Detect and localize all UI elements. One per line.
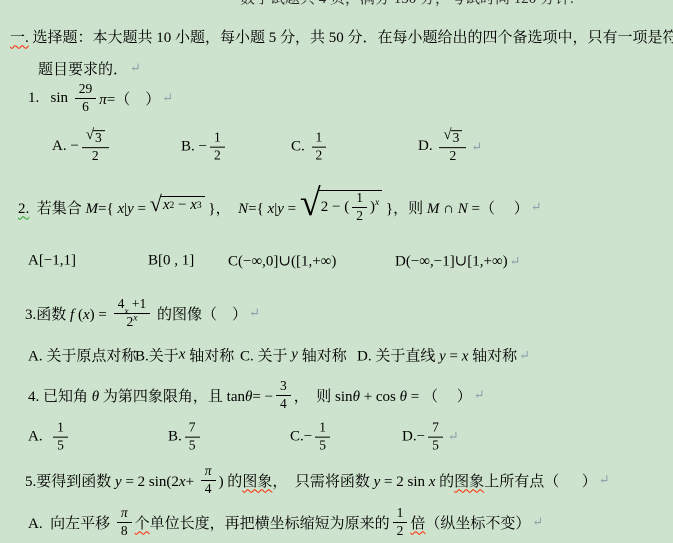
option-label: A. bbox=[28, 429, 50, 446]
option-b: B. − 1 2 bbox=[181, 131, 228, 164]
text-run: 个单位长度，再把横坐标缩短为原来的 bbox=[135, 512, 390, 533]
paragraph-mark-icon: ↵ bbox=[531, 199, 542, 215]
fraction-numerator: 1 bbox=[352, 191, 367, 208]
minus-sign: − bbox=[417, 429, 425, 446]
question-5: 5.要得到函数 y = 2 sin(2x+ π 4 ) 的图象， 只需将函数 y… bbox=[25, 460, 610, 500]
square-root: √ x2 − x3 bbox=[150, 196, 205, 218]
top-clipped-text: 数学试题共 4 页，满分 150 分，考试时间 120 分钟. bbox=[240, 0, 574, 8]
fraction-numerator: 7 bbox=[428, 421, 443, 438]
fraction: √ 3 2 bbox=[82, 130, 109, 164]
option-label: B. bbox=[181, 139, 199, 156]
paragraph-mark-icon: ↵ bbox=[448, 429, 459, 445]
text-run: 倍（纵坐标不变） bbox=[410, 512, 530, 533]
section-header-text2: 题目要求的． bbox=[38, 58, 128, 79]
text-run: 1. sin bbox=[28, 90, 72, 107]
text-run: )x bbox=[370, 199, 379, 216]
text-run: 2 − ( bbox=[321, 199, 349, 216]
fraction-numerator: 29 bbox=[75, 82, 97, 99]
fraction-numerator: 1 bbox=[312, 131, 327, 148]
minus-sign: − bbox=[304, 429, 312, 446]
option-c: C. 关于 y 轴对称 bbox=[240, 345, 347, 366]
fraction-denominator: 5 bbox=[432, 438, 439, 454]
fraction-denominator: 5 bbox=[189, 438, 196, 454]
fraction-numerator: 1 bbox=[393, 506, 408, 523]
section-header-line2: 题目要求的． ↵ bbox=[38, 58, 141, 78]
option-a: A[−1,1] bbox=[28, 253, 76, 270]
fraction: 1 2 bbox=[393, 506, 408, 539]
square-root: √ 3 bbox=[86, 130, 105, 146]
fraction: √ 3 2 bbox=[439, 130, 466, 164]
option-c: C(−∞,0]∪([1,+∞) bbox=[228, 252, 336, 271]
question-2: 2. 若集合 M={ x|y = √ x2 − x3 }， N={ x|y = … bbox=[18, 183, 542, 231]
text-run: 的图像（ ） bbox=[153, 303, 247, 324]
minus-sign: − bbox=[70, 139, 78, 156]
fraction-numerator: π bbox=[117, 506, 132, 523]
question-1-options: A. − √ 3 2 B. − 1 2 C. bbox=[0, 124, 673, 170]
option-label: C. bbox=[291, 139, 309, 156]
fraction: 1 2 bbox=[210, 131, 225, 164]
option-a: A. 关于原点对称 bbox=[28, 345, 136, 366]
square-root: √ 3 bbox=[443, 130, 462, 146]
radical-icon: √ bbox=[86, 128, 94, 143]
radicand: 3 bbox=[451, 130, 463, 146]
question-5-option-a: A. 向左平移 π 8 个单位长度，再把横坐标缩短为原来的 1 2 倍（纵坐标不… bbox=[28, 503, 543, 541]
fraction: 1 5 bbox=[53, 421, 68, 454]
fraction-numerator: π bbox=[201, 464, 216, 481]
option-b: B.关于x 轴对称 bbox=[135, 345, 234, 366]
fraction-denominator: 4 bbox=[280, 396, 287, 412]
option-text: D(−∞,−1]∪[1,+∞) bbox=[395, 252, 508, 271]
question-2-options: A[−1,1] B[0 , 1] C(−∞,0]∪([1,+∞) D(−∞,−1… bbox=[0, 249, 673, 273]
fraction-numerator: 1 bbox=[210, 131, 225, 148]
paragraph-mark-icon: ↵ bbox=[532, 514, 543, 530]
fraction-denominator: 2 bbox=[316, 148, 323, 164]
fraction: 1 5 bbox=[315, 421, 330, 454]
fraction-denominator: 2 bbox=[356, 208, 363, 224]
minus-sign: − bbox=[199, 139, 207, 156]
text-run: ) 的图象， 只需将函数 y = 2 sin x 的图象上所有点（ ） bbox=[219, 470, 597, 491]
text-run: π=（ ） bbox=[99, 88, 160, 109]
option-d: D. − 7 5 ↵ bbox=[402, 421, 459, 454]
fraction: π 4 bbox=[201, 464, 216, 497]
fraction: 1 2 bbox=[352, 191, 367, 224]
radical-icon: √ bbox=[150, 193, 162, 215]
paragraph-mark-icon: ↵ bbox=[162, 90, 173, 106]
text-run: 2. 若集合 M={ x|y = bbox=[18, 197, 150, 218]
paragraph-mark-icon: ↵ bbox=[130, 60, 141, 76]
top-clipped-line: 数学试题共 4 页，满分 150 分，考试时间 120 分钟. bbox=[240, 0, 574, 8]
paragraph-mark-icon: ↵ bbox=[519, 347, 530, 363]
fraction-numerator: 3 bbox=[276, 379, 291, 396]
option-d: D(−∞,−1]∪[1,+∞) ↵ bbox=[395, 252, 521, 271]
option-b: B. 7 5 bbox=[168, 421, 203, 454]
fraction-denominator: 2x bbox=[126, 314, 137, 330]
fraction: 29 6 bbox=[75, 82, 97, 115]
option-label: D. bbox=[402, 429, 417, 446]
option-d: D. √ 3 2 ↵ bbox=[418, 130, 482, 164]
section-header-text: 一. 选择题：本大题共 10 小题，每小题 5 分，共 50 分．在每小题给出的… bbox=[10, 26, 673, 47]
option-c: C. − 1 5 bbox=[290, 421, 333, 454]
text-run: 3.函数 f (x) = bbox=[25, 303, 111, 324]
fraction: 3 4 bbox=[276, 379, 291, 412]
option-a: A. 1 5 bbox=[28, 421, 71, 454]
option-label: C. bbox=[290, 429, 304, 446]
fraction-denominator: 4 bbox=[205, 481, 212, 497]
paragraph-mark-icon: ↵ bbox=[474, 387, 485, 403]
fraction-denominator: 2 bbox=[397, 523, 404, 539]
radicand: x2 − x3 bbox=[161, 196, 205, 214]
fraction-denominator: 5 bbox=[57, 438, 64, 454]
fraction-denominator: 8 bbox=[121, 523, 128, 539]
question-3-options: A. 关于原点对称 B.关于x 轴对称 C. 关于 y 轴对称 D. 关于直线 … bbox=[0, 344, 673, 366]
document-page[interactable]: 数学试题共 4 页，满分 150 分，考试时间 120 分钟. 一. 选择题：本… bbox=[0, 0, 673, 543]
radicand: 3 bbox=[93, 130, 105, 146]
fraction-numerator: √ 3 bbox=[439, 130, 466, 148]
text-run: A. 向左平移 bbox=[28, 512, 114, 533]
fraction: 7 5 bbox=[185, 421, 200, 454]
paragraph-mark-icon: ↵ bbox=[249, 305, 260, 321]
fraction-denominator: 6 bbox=[82, 99, 89, 115]
radical-icon: √ bbox=[300, 188, 321, 218]
text-run: ， 则 sinθ + cos θ = （ ） bbox=[294, 385, 472, 406]
option-label: A. bbox=[52, 139, 70, 156]
text-run: 4. 已知角 θ 为第四象限角，且 tanθ= − bbox=[28, 385, 273, 406]
fraction: 7 5 bbox=[428, 421, 443, 454]
question-1: 1. sin 29 6 π=（ ） ↵ bbox=[28, 79, 173, 117]
fraction-denominator: 2 bbox=[92, 148, 99, 164]
option-label: B. bbox=[168, 429, 182, 446]
option-text: D. 关于直线 y = x 轴对称 bbox=[357, 345, 517, 366]
fraction: 1 2 bbox=[312, 131, 327, 164]
paragraph-mark-icon: ↵ bbox=[471, 139, 482, 155]
question-3: 3.函数 f (x) = 4x +1 2x 的图像（ ） ↵ bbox=[25, 291, 260, 335]
paragraph-mark-icon: ↵ bbox=[599, 472, 610, 488]
section-header-line1: 一. 选择题：本大题共 10 小题，每小题 5 分，共 50 分．在每小题给出的… bbox=[10, 26, 673, 46]
fraction: π 8 bbox=[117, 506, 132, 539]
text-run: }，则 M ∩ N =（ ） bbox=[382, 197, 529, 218]
fraction-numerator: 4x +1 bbox=[114, 297, 151, 314]
paragraph-mark-icon: ↵ bbox=[510, 253, 521, 269]
fraction-numerator: 1 bbox=[53, 421, 68, 438]
option-b: B[0 , 1] bbox=[148, 253, 194, 270]
text-run: 5.要得到函数 y = 2 sin(2x+ bbox=[25, 470, 198, 491]
radical-icon: √ bbox=[443, 128, 451, 143]
fraction-denominator: 2 bbox=[214, 148, 221, 164]
fraction: 4x +1 2x bbox=[114, 297, 151, 330]
question-4-options: A. 1 5 B. 7 5 C. − 1 5 D. − 7 bbox=[0, 417, 673, 457]
text-run: }， N={ x|y = bbox=[205, 197, 300, 218]
fraction-denominator: 2 bbox=[449, 148, 456, 164]
option-a: A. − √ 3 2 bbox=[52, 130, 112, 164]
fraction-numerator: √ 3 bbox=[82, 130, 109, 148]
option-d: D. 关于直线 y = x 轴对称 ↵ bbox=[357, 345, 530, 366]
option-label: D. bbox=[418, 139, 436, 156]
question-4: 4. 已知角 θ 为第四象限角，且 tanθ= − 3 4 ， 则 sinθ +… bbox=[28, 376, 485, 414]
fraction-denominator: 5 bbox=[319, 438, 326, 454]
radicand: 2 − ( 1 2 )x bbox=[319, 190, 382, 224]
fraction-numerator: 7 bbox=[185, 421, 200, 438]
fraction-numerator: 1 bbox=[315, 421, 330, 438]
option-c: C. 1 2 bbox=[291, 131, 329, 164]
square-root: √ 2 − ( 1 2 )x bbox=[300, 190, 382, 224]
